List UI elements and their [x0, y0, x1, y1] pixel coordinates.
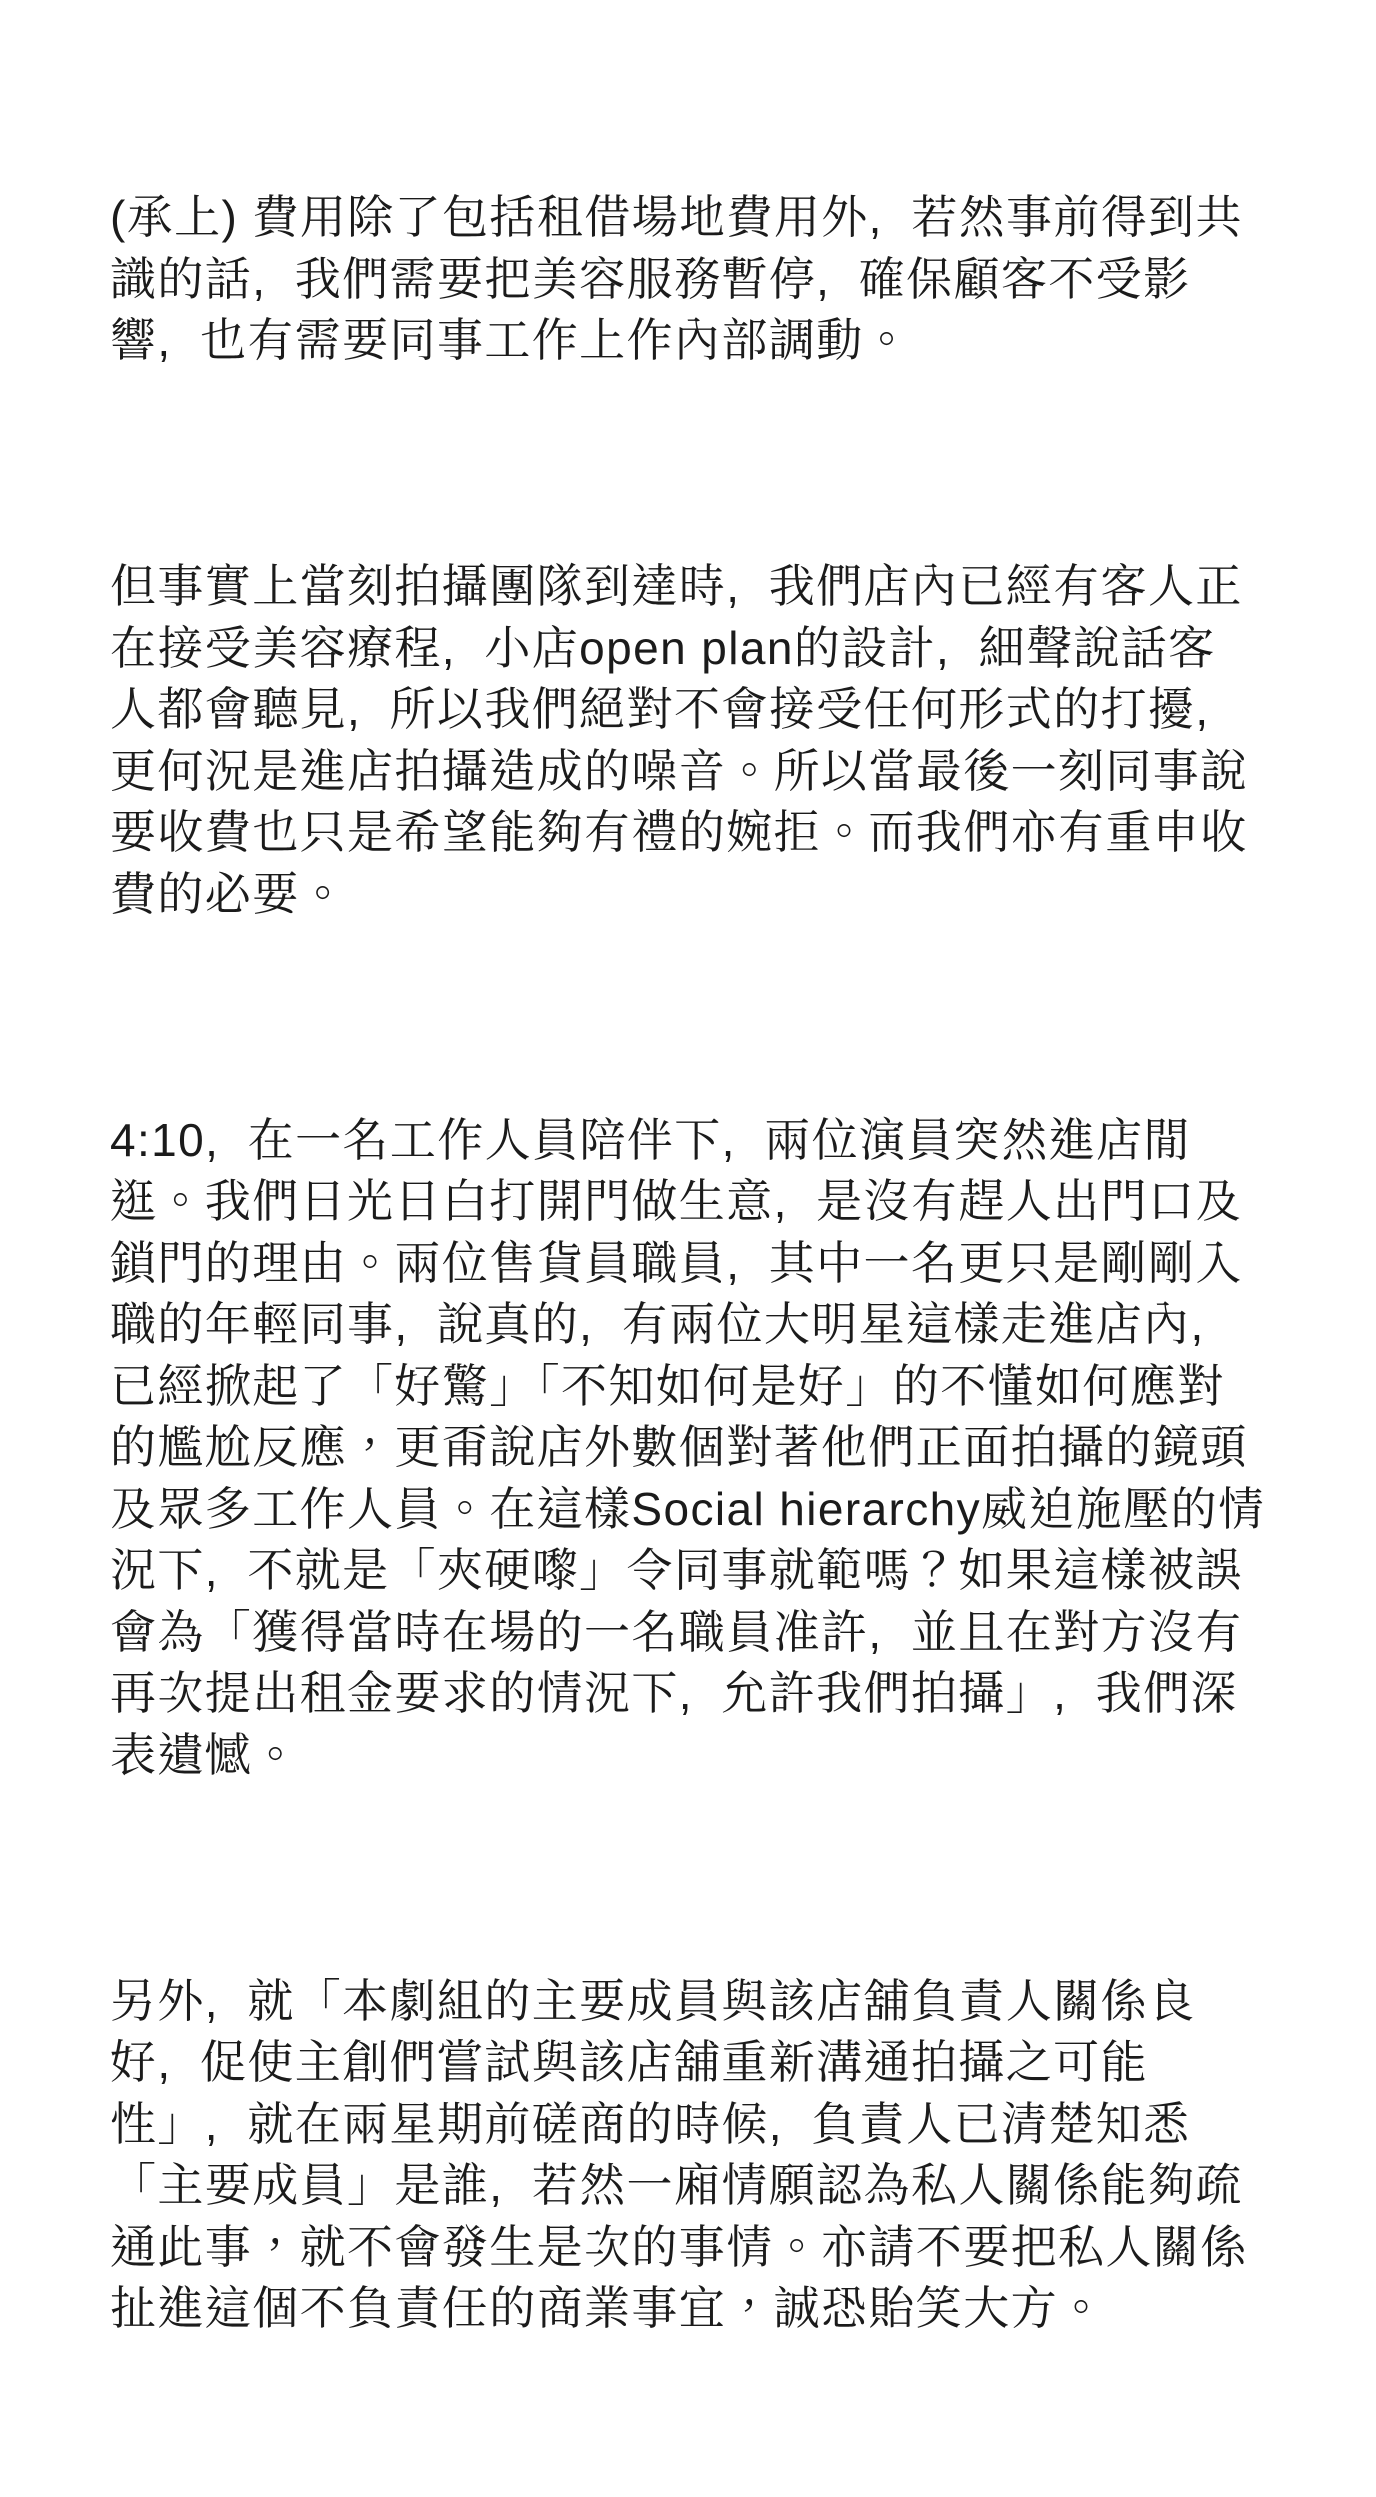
- statement-document: (承上) 費用除了包括租借場地費用外, 若然事前得到共 識的話, 我們需要把美容…: [0, 0, 1376, 2497]
- statement-paragraph-3: 4:10, 在一名工作人員陪伴下, 兩位演員突然進店閒 逛。我們日光日白打開門做…: [110, 1110, 1306, 1787]
- statement-paragraph-2: 但事實上當刻拍攝團隊到達時, 我們店內已經有客人正 在接受美容療程, 小店ope…: [110, 556, 1306, 925]
- statement-paragraph-1: (承上) 費用除了包括租借場地費用外, 若然事前得到共 識的話, 我們需要把美容…: [110, 187, 1306, 372]
- statement-paragraph-4: 另外, 就「本劇組的主要成員與該店舖負責人關係良 好, 促使主創們嘗試與該店舖重…: [110, 1971, 1306, 2340]
- statement-page: (承上) 費用除了包括租借場地費用外, 若然事前得到共 識的話, 我們需要把美容…: [0, 0, 1376, 2497]
